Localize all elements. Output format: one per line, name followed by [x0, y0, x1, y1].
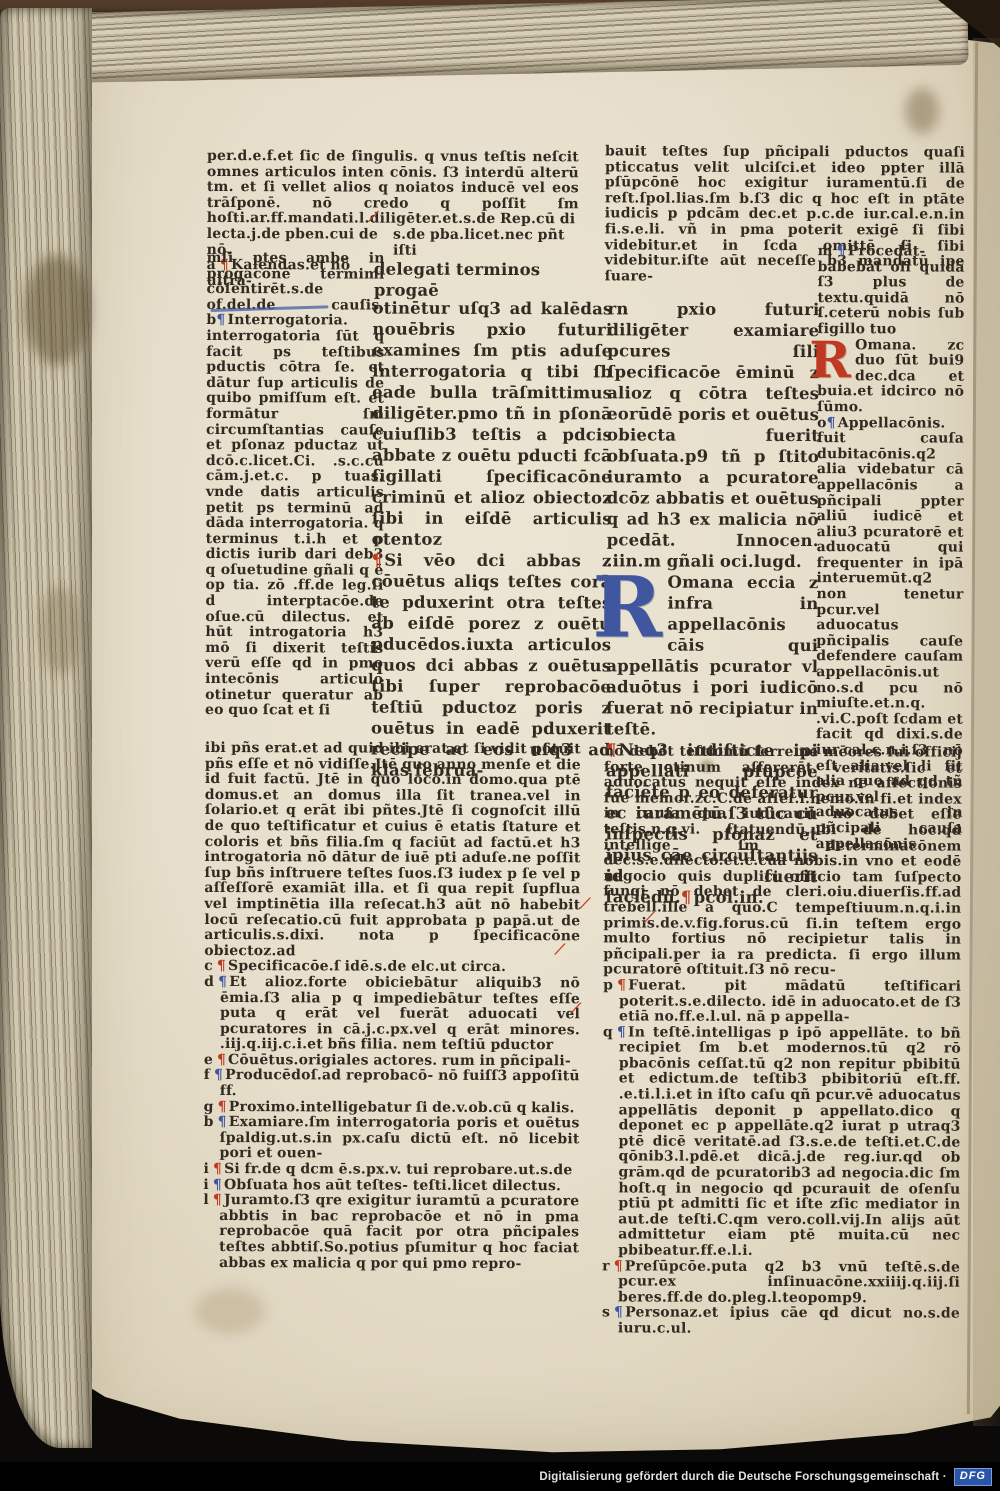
printed-text-layer: per.d.e.f.et ſic de ſingulis. q vnus teſ… [0, 0, 1000, 1464]
dfg-logo: DFG [954, 1468, 992, 1486]
annotation-text: Specificacōe.ſ idē.s.de elc.ut circa. [228, 958, 506, 975]
margin-letter: f [204, 1067, 210, 1083]
annotation-row: f¶Producēdoſ.ad reprobacō- nō fuiſſ3 app… [204, 1068, 580, 1100]
annotation-text: Producēdoſ.ad reprobacō- nō fuiſſ3 appoſ… [220, 1068, 580, 1100]
gloss-paragraph: mſi ptes ambe in progacōnē termimi cōſen… [205, 251, 385, 719]
margin-letter: b [204, 1114, 214, 1130]
margin-letter: l [203, 1192, 209, 1208]
gloss-block-mid-left: ibi pñs erat.et ad quid ibi erat.et ſi v… [203, 741, 581, 1272]
margin-letter: i [203, 1161, 209, 1177]
pilcrow-mark: ¶ [372, 551, 383, 570]
lombard-initial-blue: R [592, 574, 662, 640]
gloss-text: Interrogatoria. interrogatoria ſūt q fac… [205, 312, 384, 718]
gloss-paragraph: per.d.e.f.et ſic de ſingulis. q vnus teſ… [207, 149, 579, 228]
main-paragraph: otinētur uſq3 ad kalēdas nouēbris pxio f… [372, 298, 613, 551]
annotation-row: l¶Juramto.ſ3 qre exigitur iuramtū a pcur… [203, 1193, 579, 1272]
annotation-row: s¶Personaz.et ipius cāe qd dicut no.s.de… [602, 1306, 960, 1338]
margin-letter: r [602, 1258, 610, 1274]
pilcrow-mark: ¶ [837, 243, 846, 259]
digitization-caption-bar: Digitalisierung gefördert durch die Deut… [0, 1462, 1000, 1491]
annotation-text: Proximo.intelligebatur ſi de.v.ob.cū q k… [229, 1099, 575, 1116]
margin-letter: m [818, 243, 833, 259]
gloss-paragraph: ibi pñs erat.et ad quid ibi erat.et ſi v… [204, 741, 581, 961]
gloss-paragraph: m¶Procedāt-babebāt oli quidā ſ3 plus de … [817, 244, 964, 338]
pilcrow-mark: ¶ [213, 1192, 222, 1208]
annotation-text: Personaz.et ipius cāe qd dicut no.s.de i… [618, 1305, 960, 1337]
annotation-text: Examiare.ſm interrogatoria poris et ouēt… [219, 1114, 579, 1162]
gloss-paragraph: nō debēt teſtiomū ferre.ne mēores ſui of… [603, 744, 962, 979]
annotation-text: Et alioz.forte obiciebātur aliquib3 nō ē… [220, 974, 580, 1054]
pilcrow-mark: ¶ [217, 958, 226, 974]
annotation-text: Preſūpcōe.puta q2 b3 vnū teſtē.s.de pcur… [618, 1258, 960, 1306]
annotation-text: Fuerat. pit mādatū teſtificari poterit.s… [619, 977, 961, 1025]
annotation-text: Si fr.de q dcm ē.s.px.v. tui reprobare.u… [224, 1161, 572, 1178]
caption-text: Digitalisierung gefördert durch die Deut… [539, 1471, 946, 1483]
main-paragraph: rn pxio futuri diligēter examiare pcures… [607, 298, 820, 572]
pilcrow-mark: ¶ [214, 1067, 223, 1083]
gloss-column-left: mſi ptes ambe in progacōnē termimi cōſen… [205, 251, 385, 719]
pilcrow-mark: ¶ [218, 974, 227, 990]
annotation-text: Juramto.ſ3 qre exigitur iuramtū a pcurat… [219, 1192, 579, 1271]
main-text-column-left: otinētur uſq3 ad kalēdas nouēbris pxio f… [371, 298, 613, 782]
annotation-row: d¶Et alioz.forte obiciebātur aliquib3 nō… [204, 975, 580, 1054]
annotation-list-right: p¶Fuerat. pit mādatū teſtificari poterit… [602, 978, 961, 1338]
margin-letter: g [204, 1099, 214, 1115]
gloss-block-lower-right: nō debēt teſtiomū ferre.ne mēores ſui of… [602, 744, 962, 1338]
pilcrow-mark: ¶ [827, 415, 836, 431]
pilcrow-mark: ¶ [614, 1258, 623, 1274]
annotation-text: Cōuētus.origiales actores. rum in pñcipa… [228, 1052, 571, 1069]
margin-letter: s [602, 1305, 610, 1321]
pilcrow-mark: ¶ [617, 977, 626, 993]
annotation-row: r¶Preſūpcōe.puta q2 b3 vnū teſtē.s.de pc… [602, 1259, 960, 1307]
annotation-list-left: c¶Specificacōe.ſ idē.s.de elc.ut circa. … [203, 959, 580, 1272]
manuscript-scan-photo: per.d.e.f.et ſic de ſingulis. q vnus teſ… [0, 0, 1000, 1491]
margin-letter: i [203, 1177, 209, 1193]
pilcrow-mark: ¶ [217, 1052, 226, 1068]
annotation-text: Obſuata hos aūt teſtes- teſti.licet dile… [224, 1177, 561, 1194]
pilcrow-mark: ¶ [614, 1305, 623, 1321]
pilcrow-mark: ¶ [213, 1177, 222, 1193]
annotation-row: q¶In teſtē.intelligas p ipō appellāte. t… [602, 1025, 961, 1260]
margin-letter: e [204, 1052, 213, 1068]
red-virgule-mark: ⁄ [581, 894, 588, 914]
pilcrow-mark: ¶ [213, 1161, 222, 1177]
annotation-row: b¶Examiare.ſm interrogatoria poris et ou… [203, 1115, 579, 1163]
pilcrow-mark: ¶ [218, 1099, 227, 1115]
margin-letter: c [204, 958, 213, 974]
margin-letter: p [603, 977, 613, 993]
main-text-fragment: delegati terminos progaē [374, 259, 579, 302]
annotation-row: p¶Fuerat. pit mādatū teſtificari poterit… [603, 978, 961, 1026]
pilcrow-mark: ¶ [617, 1024, 626, 1040]
gloss-text: s.de pba.licet.nec pñt iſti [393, 228, 579, 260]
pilcrow-mark: ¶ [218, 1114, 227, 1130]
margin-letter: q [603, 1024, 613, 1040]
margin-letter: d [204, 974, 214, 990]
lombard-initial-red: R [809, 340, 851, 380]
main-paragraph: ROmana eccia z infra in appellacōnis cāi… [606, 571, 819, 740]
pilcrow-mark: ¶ [216, 312, 225, 328]
annotation-text: In teſtē.intelligas p ipō appellāte. to … [618, 1024, 961, 1259]
